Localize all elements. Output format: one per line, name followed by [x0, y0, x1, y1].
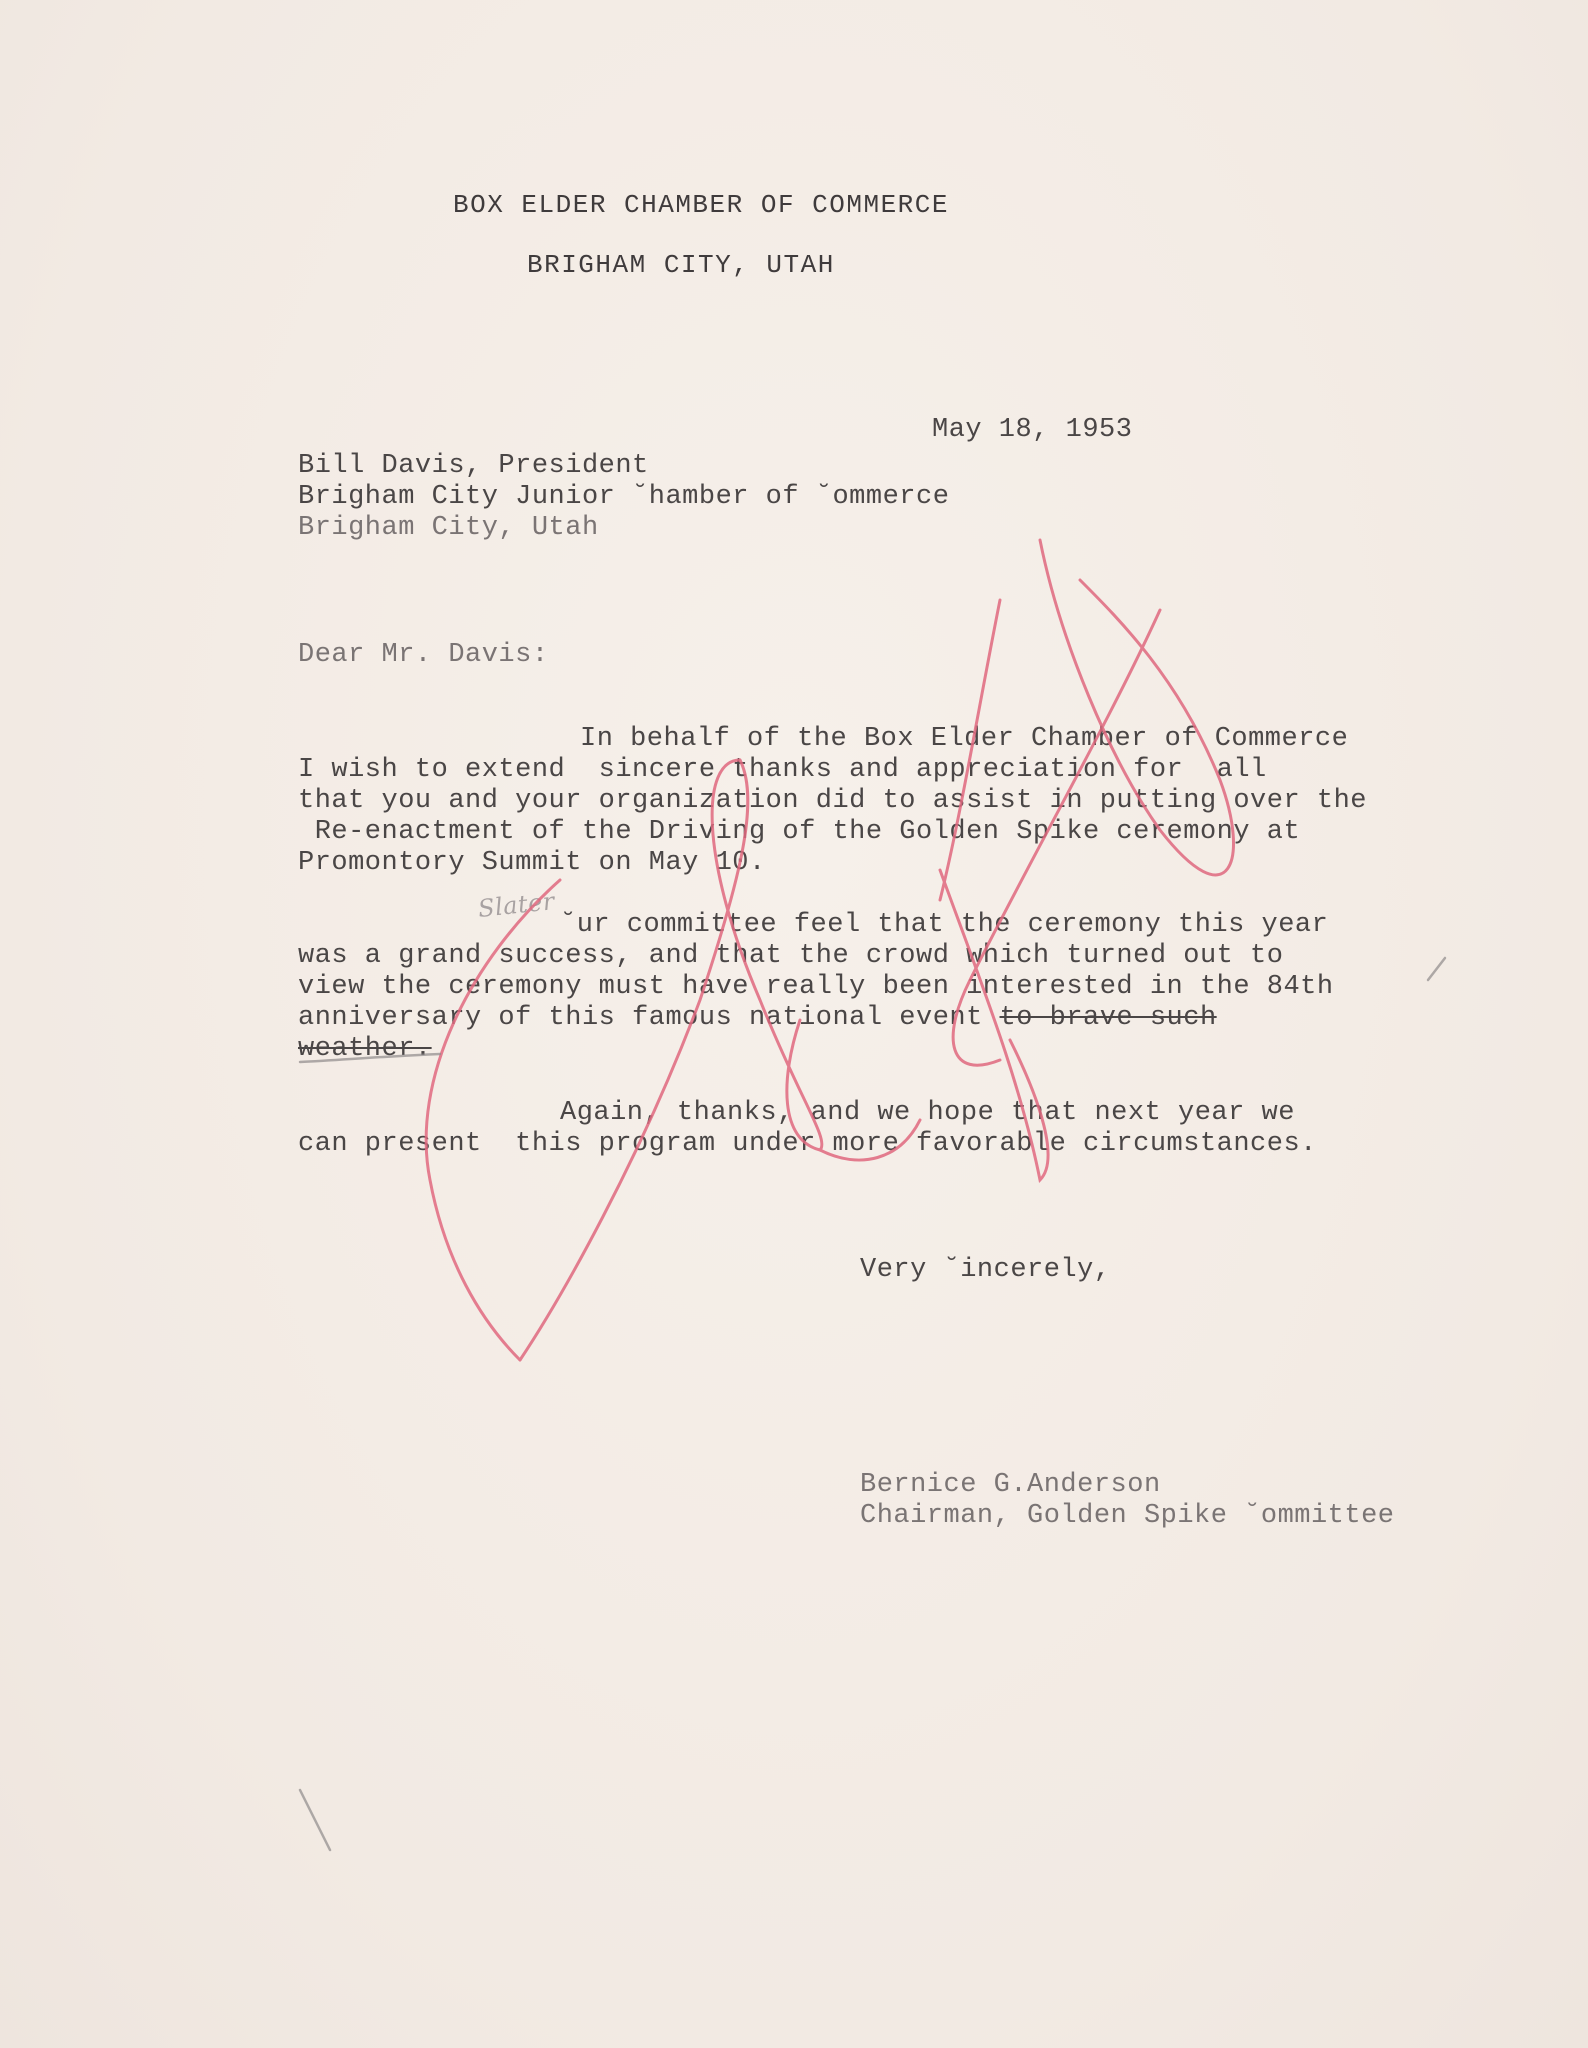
body-p2-line3: view the ceremony must have really been … [298, 972, 1334, 1002]
signature-title: Chairman, Golden Spike ˘ommittee [860, 1501, 1394, 1531]
body-p2-line4-text: anniversary of this famous national even… [298, 1003, 1000, 1033]
body-p1-line1: In behalf of the Box Elder Chamber of Co… [580, 724, 1348, 754]
recipient-organization: Brigham City Junior ˘hamber of ˘ommerce [298, 482, 949, 512]
closing: Very ˘incerely, [860, 1255, 1111, 1285]
body-p1-line2: I wish to extend sincere thanks and appr… [298, 755, 1267, 785]
body-p2-line4: anniversary of this famous national even… [298, 1003, 1217, 1033]
recipient-name: Bill Davis, President [298, 451, 649, 481]
signature-name: Bernice G.Anderson [860, 1470, 1161, 1500]
body-p1-line3: that you and your organization did to as… [298, 786, 1367, 816]
body-p1-line4: Re-enactment of the Driving of the Golde… [298, 817, 1300, 847]
recipient-city: Brigham City, Utah [298, 513, 599, 543]
body-p2-line2: was a grand success, and that the crowd … [298, 941, 1283, 971]
letterhead-organization: BOX ELDER CHAMBER OF COMMERCE [453, 190, 949, 220]
body-p3-line1: Again, thanks, and we hope that next yea… [560, 1098, 1295, 1128]
struck-text: to brave such [1000, 1003, 1217, 1033]
body-p2-line1: ˘ur committee feel that the ceremony thi… [560, 910, 1328, 940]
letter-date: May 18, 1953 [932, 415, 1132, 445]
letterhead-location: BRIGHAM CITY, UTAH [527, 250, 835, 280]
body-p2-line5-struck: weather. [298, 1034, 432, 1064]
body-p3-line2: can present this program under more favo… [298, 1129, 1317, 1159]
salutation: Dear Mr. Davis: [298, 640, 549, 670]
body-p1-line5: Promontory Summit on May 10. [298, 848, 766, 878]
